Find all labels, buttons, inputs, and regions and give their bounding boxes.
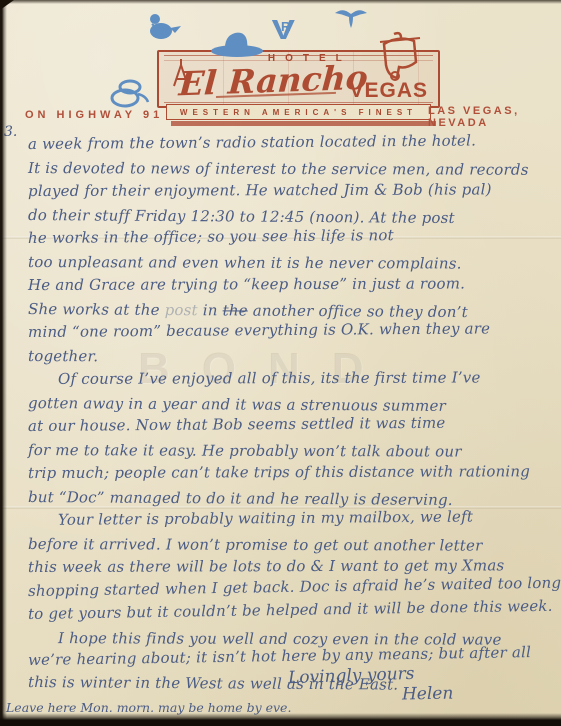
scanned-letter-page: BOND V R bbox=[0, 0, 561, 726]
brand-letter-r: R bbox=[281, 19, 290, 34]
letter-line: mind “one room” because everything is O.… bbox=[28, 317, 550, 345]
cowboy-hat-icon bbox=[210, 30, 264, 63]
letter-line: Of course I’ve enjoyed all of this, its … bbox=[28, 366, 550, 391]
hotel-sign: HOTEL El Rancho VEGAS WESTERN AMERICA'S … bbox=[157, 44, 440, 120]
signature: Helen bbox=[402, 684, 454, 705]
letter-line: trip much; people can’t take trips of th… bbox=[28, 460, 550, 485]
saddle-icon bbox=[374, 28, 424, 89]
scan-edge-left bbox=[0, 0, 7, 726]
faded-word: post bbox=[165, 300, 198, 318]
scan-edge-top bbox=[0, 0, 561, 4]
longhorn-icon bbox=[334, 6, 368, 35]
struck-word: the bbox=[223, 301, 248, 319]
letter-line: He and Grace are trying to “keep house” … bbox=[28, 272, 550, 297]
hotel-tagline: WESTERN AMERICA'S FINEST bbox=[166, 104, 431, 120]
address-city: LAS VEGAS, NEVADA bbox=[428, 105, 561, 129]
letter-line: at our house. Now that Bob seems settled… bbox=[28, 411, 550, 439]
scan-edge-bottom bbox=[0, 713, 561, 726]
line-segment: in bbox=[198, 301, 223, 319]
letter-line: Your letter is probably waiting in my ma… bbox=[28, 505, 550, 533]
line-segment: She works at the bbox=[28, 300, 165, 319]
branding-iron-icon bbox=[169, 58, 193, 95]
letter-body: a week from the town’s radio station loc… bbox=[28, 133, 550, 693]
rv-brand-icon: V R bbox=[272, 17, 302, 51]
hotel-name-script: El Rancho bbox=[178, 58, 369, 104]
scan-corner bbox=[0, 0, 14, 10]
letter-line: he works in the office; so you see his l… bbox=[28, 223, 550, 251]
letter-line: played for their enjoyment. He watched J… bbox=[28, 178, 550, 203]
address-highway: ON HIGHWAY 91 bbox=[25, 109, 163, 121]
desert-bird-icon bbox=[146, 12, 184, 49]
letter-line: a week from the town’s radio station loc… bbox=[28, 129, 550, 157]
